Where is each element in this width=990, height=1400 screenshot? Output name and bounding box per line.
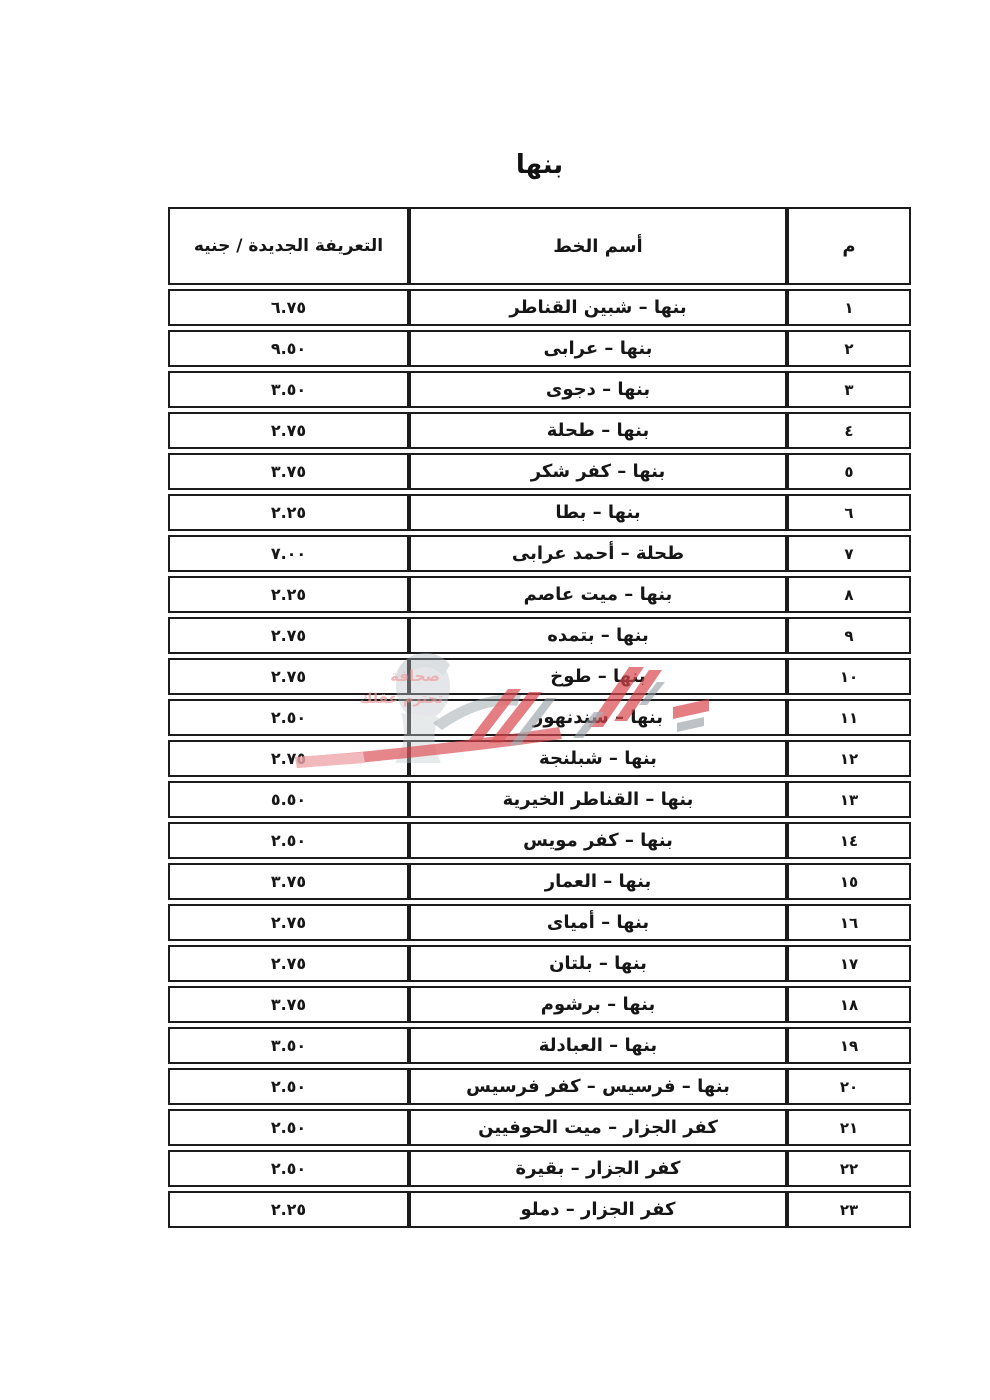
route-name-cell: بنها – كفر شكر xyxy=(409,453,787,490)
route-name-cell: بنها – بلتان xyxy=(409,945,787,982)
row-index-cell: ١٩ xyxy=(787,1027,911,1064)
route-name-cell: بنها – ميت عاصم xyxy=(409,576,787,613)
row-index-cell: ٦ xyxy=(787,494,911,531)
fare-value-cell: ٢.٢٥ xyxy=(168,576,409,613)
fare-table: م أسم الخط التعريفة الجديدة / جنيه ١ بنه… xyxy=(168,203,911,1232)
fare-value-cell: ٢.٥٠ xyxy=(168,1068,409,1105)
table-row: ١ بنها – شبين القناطر ٦.٧٥ xyxy=(168,289,911,326)
table-row: ٢٣ كفر الجزار – دملو ٢.٢٥ xyxy=(168,1191,911,1228)
fare-value-cell: ٩.٥٠ xyxy=(168,330,409,367)
fare-value-cell: ٢.٧٥ xyxy=(168,658,409,695)
row-index-cell: ١٣ xyxy=(787,781,911,818)
table-row: ٢١ كفر الجزار – ميت الحوفيين ٢.٥٠ xyxy=(168,1109,911,1146)
table-row: ٧ طحلة – أحمد عرابى ٧.٠٠ xyxy=(168,535,911,572)
fare-value-cell: ٢.٧٥ xyxy=(168,945,409,982)
fare-value-cell: ٧.٠٠ xyxy=(168,535,409,572)
route-name-cell: بنها – سندنهور xyxy=(409,699,787,736)
fare-value-cell: ٣.٧٥ xyxy=(168,863,409,900)
table-row: ١٧ بنها – بلتان ٢.٧٥ xyxy=(168,945,911,982)
route-name-cell: بنها – طوخ xyxy=(409,658,787,695)
row-index-cell: ٧ xyxy=(787,535,911,572)
table-row: ١٣ بنها – القناطر الخيرية ٥.٥٠ xyxy=(168,781,911,818)
fare-value-cell: ٢.٢٥ xyxy=(168,494,409,531)
table-row: ١٥ بنها – العمار ٣.٧٥ xyxy=(168,863,911,900)
route-name-cell: بنها – شبلنجة xyxy=(409,740,787,777)
table-row: ٤ بنها – طحلة ٢.٧٥ xyxy=(168,412,911,449)
route-name-cell: كفر الجزار – دملو xyxy=(409,1191,787,1228)
route-name-cell: طحلة – أحمد عرابى xyxy=(409,535,787,572)
table-row: ١٠ بنها – طوخ ٢.٧٥ xyxy=(168,658,911,695)
row-index-cell: ٢٣ xyxy=(787,1191,911,1228)
fare-value-cell: ٦.٧٥ xyxy=(168,289,409,326)
route-name-cell: بنها – العبادلة xyxy=(409,1027,787,1064)
route-name-cell: بنها – شبين القناطر xyxy=(409,289,787,326)
fare-value-cell: ٢.٧٥ xyxy=(168,740,409,777)
row-index-cell: ١٠ xyxy=(787,658,911,695)
fare-value-cell: ٣.٥٠ xyxy=(168,1027,409,1064)
row-index-cell: ١١ xyxy=(787,699,911,736)
row-index-cell: ٢٢ xyxy=(787,1150,911,1187)
fare-value-cell: ٣.٧٥ xyxy=(168,453,409,490)
route-name-cell: بنها – فرسيس – كفر فرسيس xyxy=(409,1068,787,1105)
fare-value-cell: ٥.٥٠ xyxy=(168,781,409,818)
fare-value-cell: ٢.٥٠ xyxy=(168,1109,409,1146)
row-index-cell: ١٢ xyxy=(787,740,911,777)
table-row: ٨ بنها – ميت عاصم ٢.٢٥ xyxy=(168,576,911,613)
table-header-row: م أسم الخط التعريفة الجديدة / جنيه xyxy=(168,207,911,285)
header-no: م xyxy=(787,207,911,285)
fare-value-cell: ٢.٢٥ xyxy=(168,1191,409,1228)
row-index-cell: ١٧ xyxy=(787,945,911,982)
fare-value-cell: ٢.٧٥ xyxy=(168,412,409,449)
row-index-cell: ٨ xyxy=(787,576,911,613)
route-name-cell: بنها – دجوى xyxy=(409,371,787,408)
route-name-cell: بنها – طحلة xyxy=(409,412,787,449)
table-row: ١٩ بنها – العبادلة ٣.٥٠ xyxy=(168,1027,911,1064)
fare-value-cell: ٢.٥٠ xyxy=(168,822,409,859)
table-row: ٦ بنها – بطا ٢.٢٥ xyxy=(168,494,911,531)
document-page: بنها م أسم الخط التعريفة الجديدة / جنيه … xyxy=(0,0,990,1400)
row-index-cell: ٣ xyxy=(787,371,911,408)
header-fare: التعريفة الجديدة / جنيه xyxy=(168,207,409,285)
fare-value-cell: ٣.٧٥ xyxy=(168,986,409,1023)
table-row: ٩ بنها – بتمده ٢.٧٥ xyxy=(168,617,911,654)
route-name-cell: بنها – عرابى xyxy=(409,330,787,367)
row-index-cell: ٥ xyxy=(787,453,911,490)
route-name-cell: بنها – بتمده xyxy=(409,617,787,654)
fare-value-cell: ٢.٥٠ xyxy=(168,699,409,736)
table-row: ٢ بنها – عرابى ٩.٥٠ xyxy=(168,330,911,367)
row-index-cell: ١٦ xyxy=(787,904,911,941)
route-name-cell: بنها – أمياى xyxy=(409,904,787,941)
header-line-name: أسم الخط xyxy=(409,207,787,285)
row-index-cell: ١٨ xyxy=(787,986,911,1023)
row-index-cell: ٩ xyxy=(787,617,911,654)
row-index-cell: ٢١ xyxy=(787,1109,911,1146)
route-name-cell: بنها – كفر مويس xyxy=(409,822,787,859)
table-row: ١١ بنها – سندنهور ٢.٥٠ xyxy=(168,699,911,736)
route-name-cell: بنها – العمار xyxy=(409,863,787,900)
row-index-cell: ٤ xyxy=(787,412,911,449)
route-name-cell: كفر الجزار – ميت الحوفيين xyxy=(409,1109,787,1146)
table-row: ١٤ بنها – كفر مويس ٢.٥٠ xyxy=(168,822,911,859)
route-name-cell: بنها – برشوم xyxy=(409,986,787,1023)
row-index-cell: ١٥ xyxy=(787,863,911,900)
table-row: ١٢ بنها – شبلنجة ٢.٧٥ xyxy=(168,740,911,777)
route-name-cell: كفر الجزار – بقيرة xyxy=(409,1150,787,1187)
table-row: ٢٠ بنها – فرسيس – كفر فرسيس ٢.٥٠ xyxy=(168,1068,911,1105)
table-row: ٢٢ كفر الجزار – بقيرة ٢.٥٠ xyxy=(168,1150,911,1187)
page-title: بنها xyxy=(168,150,911,188)
table-row: ٣ بنها – دجوى ٣.٥٠ xyxy=(168,371,911,408)
fare-value-cell: ٢.٧٥ xyxy=(168,904,409,941)
row-index-cell: ١٤ xyxy=(787,822,911,859)
fare-value-cell: ٣.٥٠ xyxy=(168,371,409,408)
route-name-cell: بنها – بطا xyxy=(409,494,787,531)
table-row: ١٦ بنها – أمياى ٢.٧٥ xyxy=(168,904,911,941)
table-row: ٥ بنها – كفر شكر ٣.٧٥ xyxy=(168,453,911,490)
table-row: ١٨ بنها – برشوم ٣.٧٥ xyxy=(168,986,911,1023)
row-index-cell: ٢ xyxy=(787,330,911,367)
route-name-cell: بنها – القناطر الخيرية xyxy=(409,781,787,818)
fare-value-cell: ٢.٧٥ xyxy=(168,617,409,654)
fare-value-cell: ٢.٥٠ xyxy=(168,1150,409,1187)
row-index-cell: ٢٠ xyxy=(787,1068,911,1105)
row-index-cell: ١ xyxy=(787,289,911,326)
